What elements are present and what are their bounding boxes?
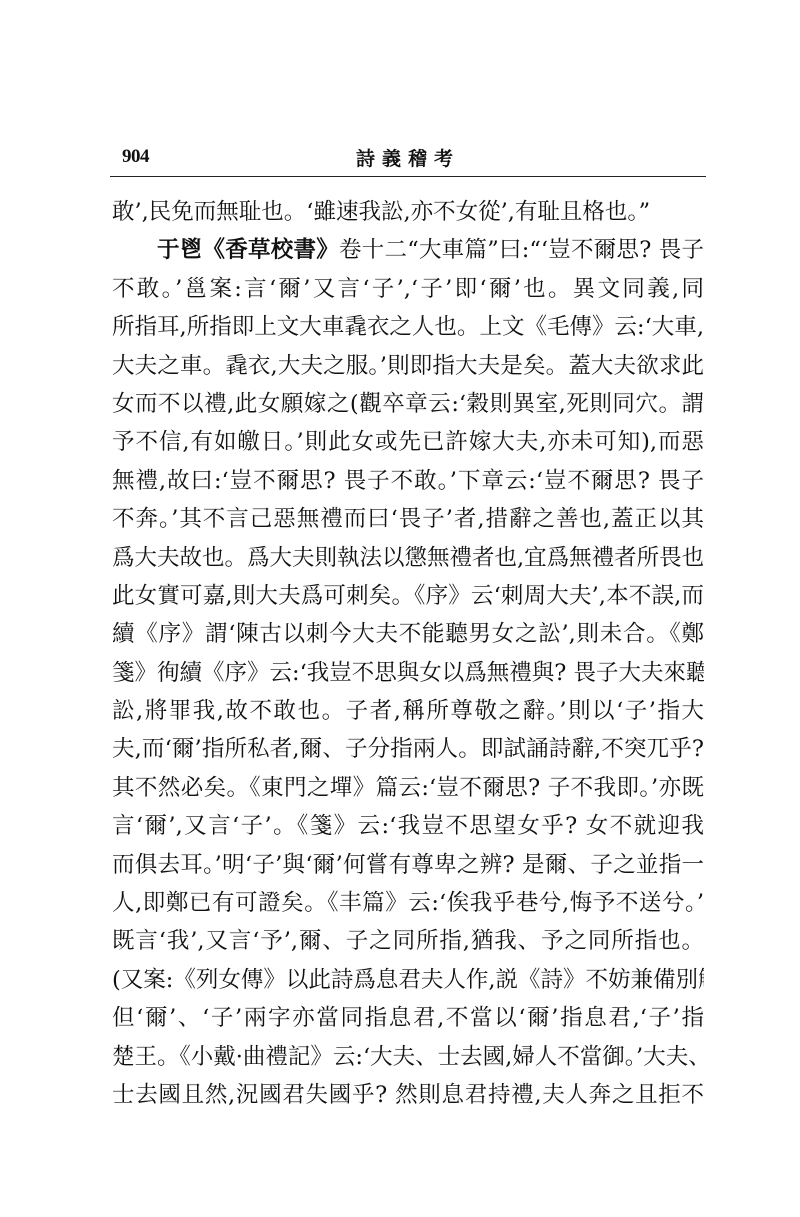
text-span: 卷十二“大車篇”曰:“‘豈不爾思? 畏子	[339, 237, 704, 263]
text-line: 敢’,民免而無耻也。‘雖速我訟,亦不女從’,有耻且格也。”	[112, 193, 704, 231]
text-line: 但‘爾’、‘子’兩字亦當同指息君,不當以‘爾’指息君,‘子’指	[112, 999, 704, 1037]
text-line: 爲大夫故也。爲大夫則執法以懲無禮者也,宜爲無禮者所畏也。	[112, 539, 704, 577]
text-line: 其不然必矣。《東門之墠》篇云:‘豈不爾思? 子不我即。’亦既	[112, 769, 704, 807]
text-line: 既言‘我’,又言‘予’,爾、子之同所指,猶我、予之同所指也。	[112, 922, 704, 960]
text-line: 箋》徇續《序》云:‘我豈不思與女以爲無禮與? 畏子大夫來聽	[112, 654, 704, 692]
text-line: 言‘爾’,又言‘子’。《箋》云:‘我豈不思望女乎? 女不就迎我	[112, 807, 704, 845]
paragraph-first-line: 于鬯《香草校書》卷十二“大車篇”曰:“‘豈不爾思? 畏子	[112, 231, 704, 269]
text-line: 大夫之車。毳衣,大夫之服。’則即指大夫是矣。蓋大夫欲求此	[112, 347, 704, 385]
cited-source: 于鬯《香草校書》	[157, 237, 339, 263]
text-line: 楚王。《小戴·曲禮記》云:‘大夫、士去國,婦人不當御。’大夫、	[112, 1038, 704, 1076]
text-line: 不敢。’邕案:言‘爾’又言‘子’,‘子’即‘爾’也。異文同義,同	[112, 270, 704, 308]
book-page: 904 詩義稽考 敢’,民免而無耻也。‘雖速我訟,亦不女從’,有耻且格也。” 于…	[0, 0, 800, 1217]
text-line: (又案:《列女傳》以此詩爲息君夫人作,説《詩》不妨兼備別解。	[112, 961, 704, 999]
text-line: 無禮,故曰:‘豈不爾思? 畏子不敢。’下章云:‘豈不爾思? 畏子	[112, 462, 704, 500]
text-line: 此女實可嘉,則大夫爲可刺矣。《序》云‘刺周大夫’,本不誤,而	[112, 577, 704, 615]
header-divider	[110, 176, 706, 177]
text-line: 女而不以禮,此女願嫁之(觀卒章云:‘穀則異室,死則同穴。謂	[112, 385, 704, 423]
text-line: 士去國且然,況國君失國乎? 然則息君持禮,夫人奔之且拒不	[112, 1076, 704, 1114]
text-line: 續《序》謂‘陳古以刺今大夫不能聽男女之訟’,則未合。《鄭	[112, 615, 704, 653]
text-line: 訟,將罪我,故不敢也。子者,稱所尊敬之辭。’則以‘子’指大	[112, 692, 704, 730]
body-text: 敢’,民免而無耻也。‘雖速我訟,亦不女從’,有耻且格也。” 于鬯《香草校書》卷十…	[112, 193, 704, 1114]
text-line: 所指耳,所指即上文大車毳衣之人也。上文《毛傳》云:‘大車,	[112, 308, 704, 346]
text-line: 而俱去耳。’明‘子’與‘爾’何嘗有尊卑之辨? 是爾、子之並指一	[112, 846, 704, 884]
text-line: 人,即鄭已有可證矣。《丰篇》云:‘俟我乎巷兮,悔予不送兮。’	[112, 884, 704, 922]
text-line: 不奔。’其不言己惡無禮而曰‘畏子’者,措辭之善也,蓋正以其	[112, 500, 704, 538]
text-line: 予不信,有如皦日。’則此女或先已許嫁大夫,亦未可知),而惡	[112, 423, 704, 461]
page-header: 904 詩義稽考	[110, 138, 706, 176]
text-line: 夫,而‘爾’指所私者,爾、子分指兩人。即試誦詩辭,不突兀乎?	[112, 730, 704, 768]
running-title: 詩義稽考	[110, 144, 706, 171]
